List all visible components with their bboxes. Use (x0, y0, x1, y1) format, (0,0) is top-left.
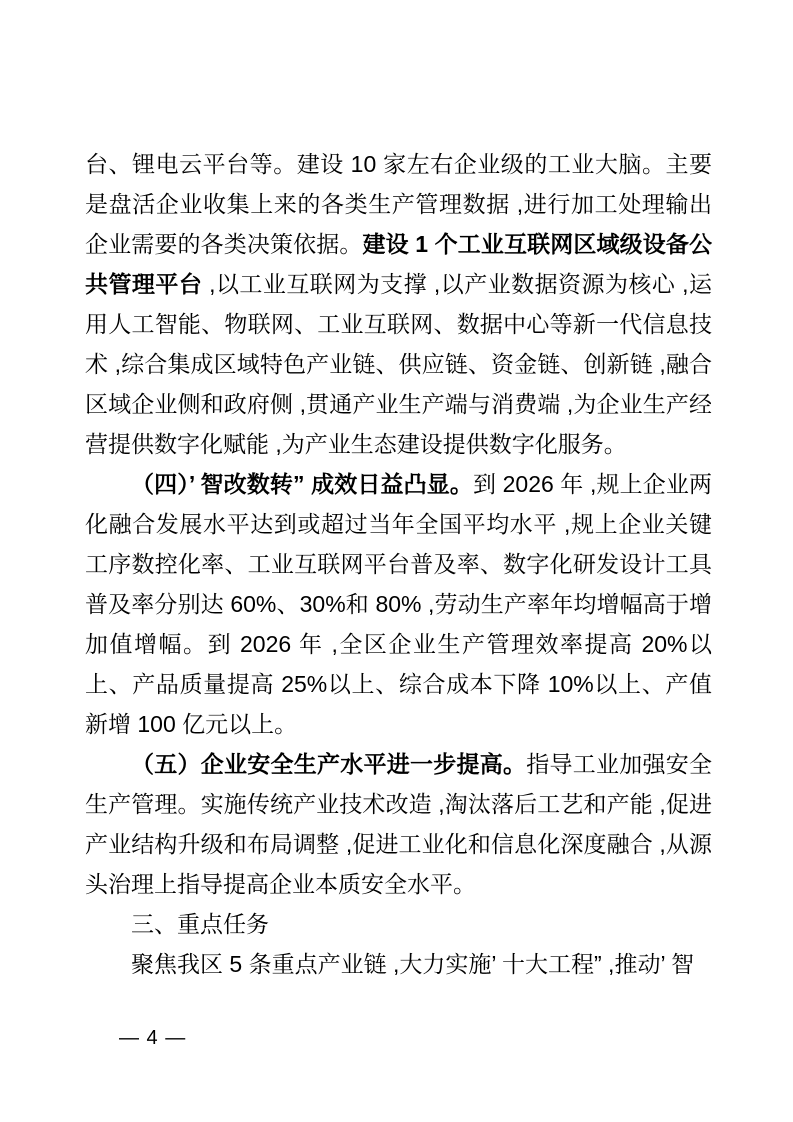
text-run: 到 2026 年 ,规上企业两化融合发展水平达到或超过当年全国平均水平 ,规上企… (85, 471, 712, 737)
text-run: ,以工业互联网为支撑 ,以产业数据资源为核心 ,运用人工智能、物联网、工业互联网… (85, 271, 712, 457)
paragraph-continuation: 台、锂电云平台等。建设 10 家左右企业级的工业大脑。主要是盘活企业收集上来的各… (85, 144, 712, 464)
paragraph-tasks-intro: 聚焦我区 5 条重点产业链 ,大力实施’ 十大工程” ,推动’ 智 (85, 944, 712, 984)
document-page: 台、锂电云平台等。建设 10 家左右企业级的工业大脑。主要是盘活企业收集上来的各… (0, 0, 793, 1122)
paragraph-item-4: （四）’ 智改数转” 成效日益凸显。到 2026 年 ,规上企业两化融合发展水平… (85, 464, 712, 744)
section-heading-text: 三、重点任务 (131, 911, 269, 937)
item-5-heading: （五）企业安全生产水平进一步提高。 (131, 751, 526, 777)
paragraph-item-5: （五）企业安全生产水平进一步提高。指导工业加强安全生产管理。实施传统产业技术改造… (85, 744, 712, 904)
text-run: 聚焦我区 5 条重点产业链 ,大力实施’ 十大工程” ,推动’ 智 (131, 951, 694, 977)
document-body: 台、锂电云平台等。建设 10 家左右企业级的工业大脑。主要是盘活企业收集上来的各… (85, 144, 712, 984)
page-number: — 4 — (119, 1026, 186, 1050)
item-4-heading: （四）’ 智改数转” 成效日益凸显。 (131, 471, 473, 497)
section-3-heading: 三、重点任务 (85, 904, 712, 944)
